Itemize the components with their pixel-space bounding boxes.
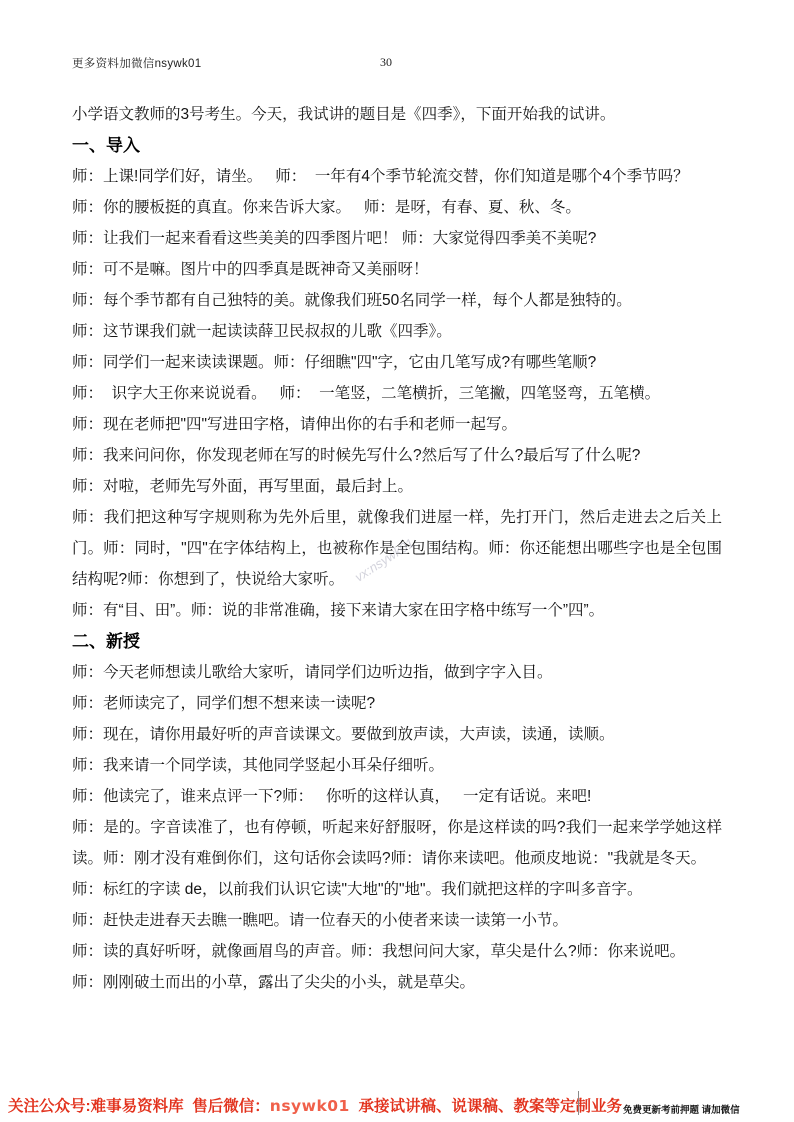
script-line: 师：让我们一起来看看这些美美的四季图片吧！ 师：大家觉得四季美不美呢? [72,223,722,254]
script-line: 师：现在，请你用最好听的声音读课文。要做到放声读，大声读，读通，读顺。 [72,719,722,750]
lesson-script: 小学语文教师的3号考生。今天，我试讲的题目是《四季》，下面开始我的试讲。 一、导… [72,99,722,998]
footer-update-note: 免费更新考前押题 请加微信 [623,1102,740,1116]
script-line: 师：现在老师把"四"写进田字格，请伸出你的右手和老师一起写。 [72,409,722,440]
script-line: 师：同学们一起来读读课题。师：仔细瞧"四"字，它由几笔写成?有哪些笔顺? [72,347,722,378]
script-line: 师： 识字大王你来说说看。 师： 一笔竖，二笔横折，三笔撇，四笔竖弯，五笔横。 [72,378,722,409]
section-heading-intro: 一、导入 [72,130,722,161]
footer-wechat-id: nsywk01 [270,1097,350,1115]
script-line: 师：我来问问你，你发现老师在写的时候先写什么?然后写了什么?最后写了什么呢? [72,440,722,471]
section-heading-new-lesson: 二、新授 [72,626,722,657]
script-line: 师：标红的字读 de，以前我们认识它读"大地"的"地"。我们就把这样的字叫多音字… [72,874,722,905]
footer-promo-suffix: 承接试讲稿、说课稿、教案等定制业务 [350,1098,622,1115]
page-footer: 关注公众号:难事易资料库 售后微信：nsywk01 承接试讲稿、说课稿、教案等定… [0,1090,794,1122]
script-line: 师：是的。字音读准了，也有停顿，听起来好舒服呀，你是这样读的吗?我们一起来学学她… [72,812,722,874]
intro-line: 小学语文教师的3号考生。今天，我试讲的题目是《四季》，下面开始我的试讲。 [72,99,722,130]
page-header: 更多资料加微信nsywk01 30 [72,55,722,73]
script-line: 师：我们把这种写字规则称为先外后里，就像我们进屋一样，先打开门，然后走进去之后关… [72,502,722,595]
footer-promo-text: 关注公众号:难事易资料库 售后微信：nsywk01 承接试讲稿、说课稿、教案等定… [8,1094,622,1116]
footer-divider [578,1091,579,1115]
script-line: 师：上课!同学们好，请坐。 师： 一年有4个季节轮流交替，你们知道是哪个4个季节… [72,161,722,192]
script-line: 师：他读完了，谁来点评一下?师： 你听的这样认真， 一定有话说。来吧! [72,781,722,812]
page-number: 30 [72,55,700,70]
footer-promo-prefix: 关注公众号:难事易资料库 售后微信： [8,1098,270,1115]
script-line: 师：老师读完了，同学们想不想来读一读呢? [72,688,722,719]
script-line: 师：读的真好听呀，就像画眉鸟的声音。师：我想问问大家，草尖是什么?师：你来说吧。 [72,936,722,967]
document-page: 更多资料加微信nsywk01 30 小学语文教师的3号考生。今天，我试讲的题目是… [0,0,794,1122]
script-line: 师：可不是嘛。图片中的四季真是既神奇又美丽呀！ [72,254,722,285]
script-line: 师：我来请一个同学读，其他同学竖起小耳朵仔细听。 [72,750,722,781]
script-line: 师：你的腰板挺的真直。你来告诉大家。 师：是呀，有春、夏、秋、冬。 [72,192,722,223]
script-line: 师：这节课我们就一起读读薛卫民叔叔的儿歌《四季》。 [72,316,722,347]
script-line: 师：每个季节都有自己独特的美。就像我们班50名同学一样，每个人都是独特的。 [72,285,722,316]
script-line: 师：今天老师想读儿歌给大家听，请同学们边听边指，做到字字入目。 [72,657,722,688]
script-line: 师：刚刚破土而出的小草，露出了尖尖的小头，就是草尖。 [72,967,722,998]
script-line: 师：赶快走进春天去瞧一瞧吧。请一位春天的小使者来读一读第一小节。 [72,905,722,936]
script-line: 师：有“目、田”。师：说的非常准确，接下来请大家在田字格中练写一个”四”。 [72,595,722,626]
script-line: 师：对啦，老师先写外面，再写里面，最后封上。 [72,471,722,502]
